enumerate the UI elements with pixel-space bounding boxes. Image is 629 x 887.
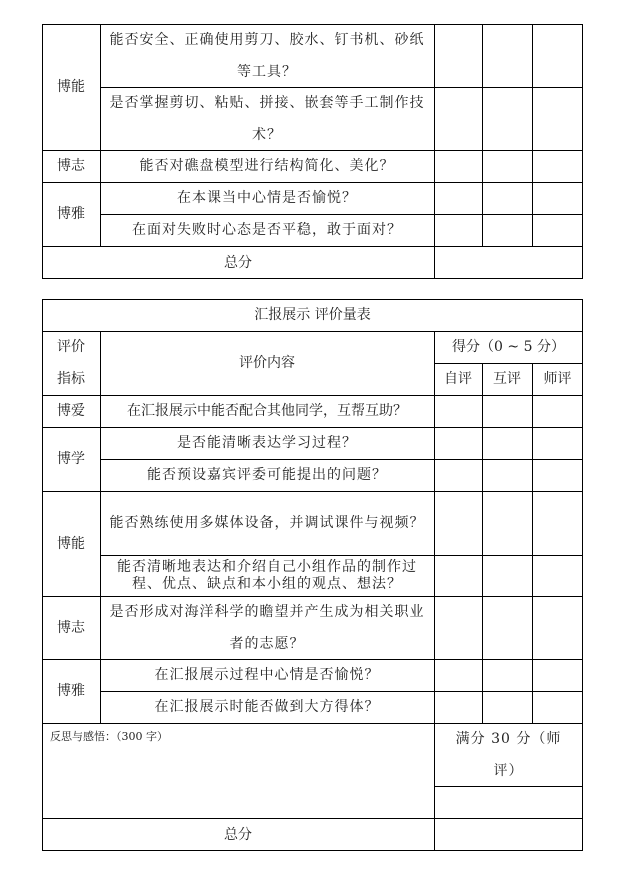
indicator-cell: 博能 [42, 24, 100, 150]
indicator-header: 评价指标 [42, 331, 100, 395]
criterion-text: 是否形成对海洋科学的瞻望并产生成为相关职业者的志愿？ [100, 596, 434, 659]
full-score-note: 满分 30 分（师评） [434, 723, 583, 786]
indicator-cell: 博志 [42, 596, 100, 659]
criterion-text: 在汇报展示时能否做到大方得体？ [100, 691, 434, 723]
indicator-cell: 博爱 [42, 395, 100, 427]
indicator-cell: 博学 [42, 427, 100, 491]
indicator-cell: 博志 [42, 150, 100, 182]
criterion-text: 能否安全、正确使用剪刀、胶水、钉书机、砂纸等工具？ [100, 24, 434, 87]
criterion-text: 能否对礁盘模型进行结构简化、美化？ [100, 150, 434, 182]
criterion-text: 能否熟练使用多媒体设备，并调试课件与视频？ [100, 491, 434, 555]
total-label: 总分 [42, 246, 434, 279]
indicator-cell: 博雅 [42, 182, 100, 246]
criterion-text: 在汇报展示中能否配合其他同学，互帮互助？ [100, 395, 434, 427]
criterion-text: 在面对失败时心态是否平稳，敢于面对？ [100, 214, 434, 246]
col-divider [532, 363, 533, 723]
criterion-text: 能否清晰地表达和介绍自己小组作品的制作过程、优点、缺点和本小组的观点、想法？ [100, 555, 434, 596]
indicator-cell: 博能 [42, 491, 100, 596]
criterion-text: 能否预设嘉宾评委可能提出的问题？ [100, 459, 434, 491]
criterion-text: 是否能清晰表达学习过程？ [100, 427, 434, 459]
table-title: 汇报展示 评价量表 [42, 299, 583, 331]
criterion-text: 在汇报展示过程中心情是否愉悦？ [100, 659, 434, 691]
teacher-score-field[interactable] [434, 786, 583, 818]
criterion-text: 在本课当中心情是否愉悦？ [100, 182, 434, 214]
col-divider [482, 24, 483, 246]
teacher-eval-header: 师评 [532, 363, 583, 395]
criterion-text: 是否掌握剪切、粘贴、拼接、嵌套等手工制作技术？ [100, 87, 434, 150]
total-label: 总分 [42, 818, 434, 851]
reflection-field[interactable]: 反思与感悟：（300 字） [42, 723, 434, 818]
self-eval-header: 自评 [434, 363, 482, 395]
col-divider [482, 363, 483, 723]
total-score-field[interactable] [434, 246, 583, 279]
peer-eval-header: 互评 [482, 363, 532, 395]
score-range-header: 得分（0 ~ 5 分） [434, 331, 583, 363]
col-divider [532, 24, 533, 246]
content-header: 评价内容 [100, 331, 434, 395]
indicator-cell: 博雅 [42, 659, 100, 723]
total-score-field[interactable] [434, 818, 583, 851]
col-divider [434, 24, 435, 279]
